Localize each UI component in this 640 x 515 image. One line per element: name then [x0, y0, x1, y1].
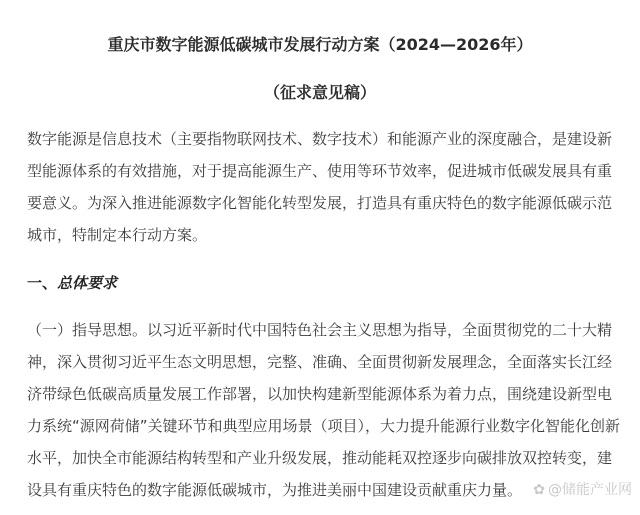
- document-title: 重庆市数字能源低碳城市发展行动方案（2024—2026年）: [0, 32, 640, 55]
- intro-paragraph: 数字能源是信息技术（主要指物联网技术、数字技术）和能源产业的深度融合，是建设新 …: [27, 123, 627, 251]
- guide-line: 神，深入贯彻习近平生态文明思想，完整、准确、全面贯彻新发展理念，全面落实长江经: [27, 346, 627, 378]
- section-number: 一、: [27, 274, 57, 292]
- guide-line: 力系统“源网荷储”关键环节和典型应用场景（项目），大力提升能源行业数字化智能化创…: [27, 410, 627, 442]
- watermark-text: @储能产业网: [548, 482, 632, 498]
- watermark: ✿@储能产业网: [533, 479, 632, 499]
- intro-line: 要意义。为深入推进能源数字化智能化转型发展，打造具有重庆特色的数字能源低碳示范: [27, 187, 627, 219]
- guiding-principles-paragraph: （一）指导思想。以习近平新时代中国特色社会主义思想为指导，全面贯彻党的二十大精 …: [27, 314, 627, 506]
- section-heading: 一、总体要求: [27, 272, 117, 293]
- intro-line: 城市，特制定本行动方案。: [27, 219, 627, 251]
- guide-line: 水平，加快全市能源结构转型和产业升级发展，推动能耗双控逐步向碳排放双控转变，建: [27, 442, 627, 474]
- intro-line: 型能源体系的有效措施，对于提高能源生产、使用等环节效率，促进城市低碳发展具有重: [27, 155, 627, 187]
- guide-line: 济带绿色低碳高质量发展工作部署，以加快构建新型能源体系为着力点，围绕建设新型电: [27, 378, 627, 410]
- paw-icon: ✿: [533, 482, 545, 498]
- guide-line: （一）指导思想。以习近平新时代中国特色社会主义思想为指导，全面贯彻党的二十大精: [27, 314, 627, 346]
- document-subtitle: （征求意见稿）: [0, 80, 640, 103]
- section-title: 总体要求: [57, 274, 117, 292]
- intro-line: 数字能源是信息技术（主要指物联网技术、数字技术）和能源产业的深度融合，是建设新: [27, 123, 627, 155]
